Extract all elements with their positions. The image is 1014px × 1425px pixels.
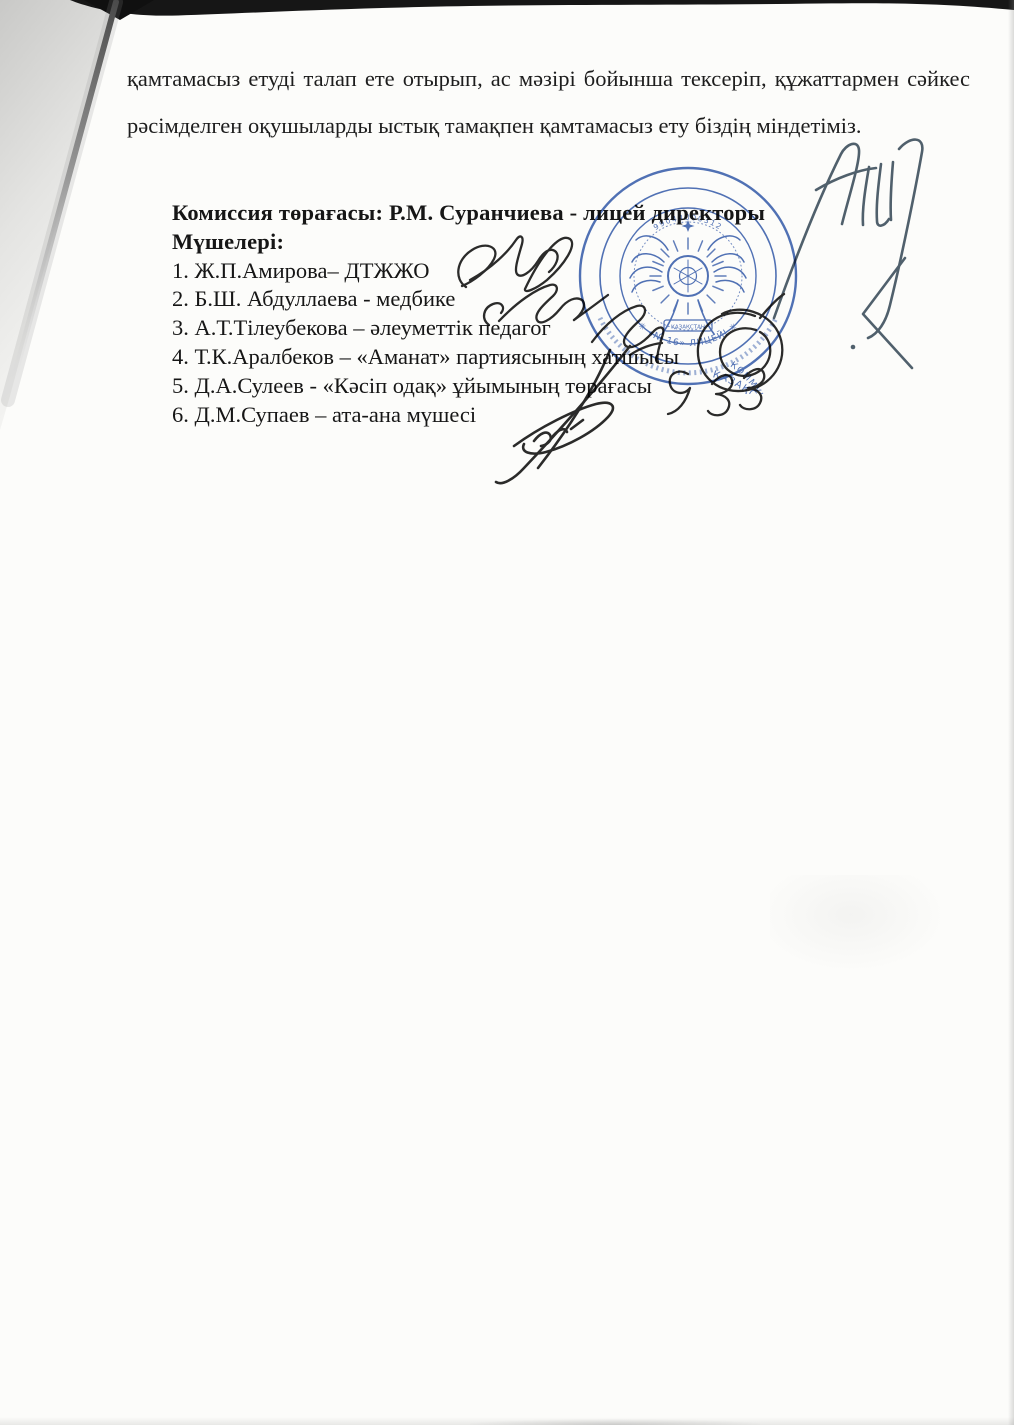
members-heading: Мүшелері: [172, 228, 952, 257]
paragraph-line-2: рәсімделген оқушыларды ыстық тамақпен қа… [127, 102, 970, 149]
commission-block: Комиссия төрағасы: Р.М. Суранчиева - лиц… [172, 199, 952, 429]
top-black-scan-strip [70, 0, 1014, 16]
official-stamp: ҚАЗАҚСТАН РЕСПУБЛИКАСЫ • АЛМАТЫ ҚАЛАСЫ Б… [570, 158, 806, 394]
corner-black-wedge [84, 0, 154, 20]
under-page-corner [0, 0, 116, 430]
member-item-3: 3. А.Т.Тілеубекова – әлеуметтік педагог [172, 314, 952, 343]
fold-crease-shadow-soft [8, 2, 116, 400]
right-paper-edge [1008, 0, 1014, 1425]
member-item-4: 4. Т.К.Аралбеков – «Аманат» партиясының … [172, 343, 952, 372]
svg-text:ҚАЗАҚСТАН РЕСПУБЛИКАСЫ • АЛМАТ: ҚАЗАҚСТАН РЕСПУБЛИКАСЫ • АЛМАТЫ ҚАЛАСЫ Б… [582, 369, 794, 394]
scanned-document-page: қамтамасыз етуді талап ете отырып, ас мә… [0, 0, 1014, 1425]
kazakhstan-emblem: ҚАЗАҚСТАН [630, 220, 746, 334]
stamp-ring-outer-text: ҚАЗАҚСТАН РЕСПУБЛИКАСЫ • АЛМАТЫ ҚАЛАСЫ Б… [582, 369, 794, 394]
commission-chair-line: Комиссия төрағасы: Р.М. Суранчиева - лиц… [172, 199, 952, 228]
member-item-5: 5. Д.А.Сулеев - «Кәсіп одақ» ұйымының тө… [172, 372, 952, 401]
member-item-6: 6. Д.М.Супаев – ата-ана мүшесі [172, 401, 952, 430]
show-through-smudge [770, 875, 950, 975]
emblem-banner-text: ҚАЗАҚСТАН [671, 325, 705, 331]
bottom-scan-noise-dark [470, 1419, 760, 1425]
member-item-2: 2. Б.Ш. Абдуллаева - медбике [172, 285, 952, 314]
body-paragraph: қамтамасыз етуді талап ете отырып, ас мә… [127, 55, 970, 149]
fold-crease-line [8, 2, 116, 400]
member-item-1: 1. Ж.П.Амирова– ДТЖЖО [172, 257, 952, 286]
paragraph-line-1: қамтамасыз етуді талап ете отырып, ас мә… [127, 55, 970, 102]
